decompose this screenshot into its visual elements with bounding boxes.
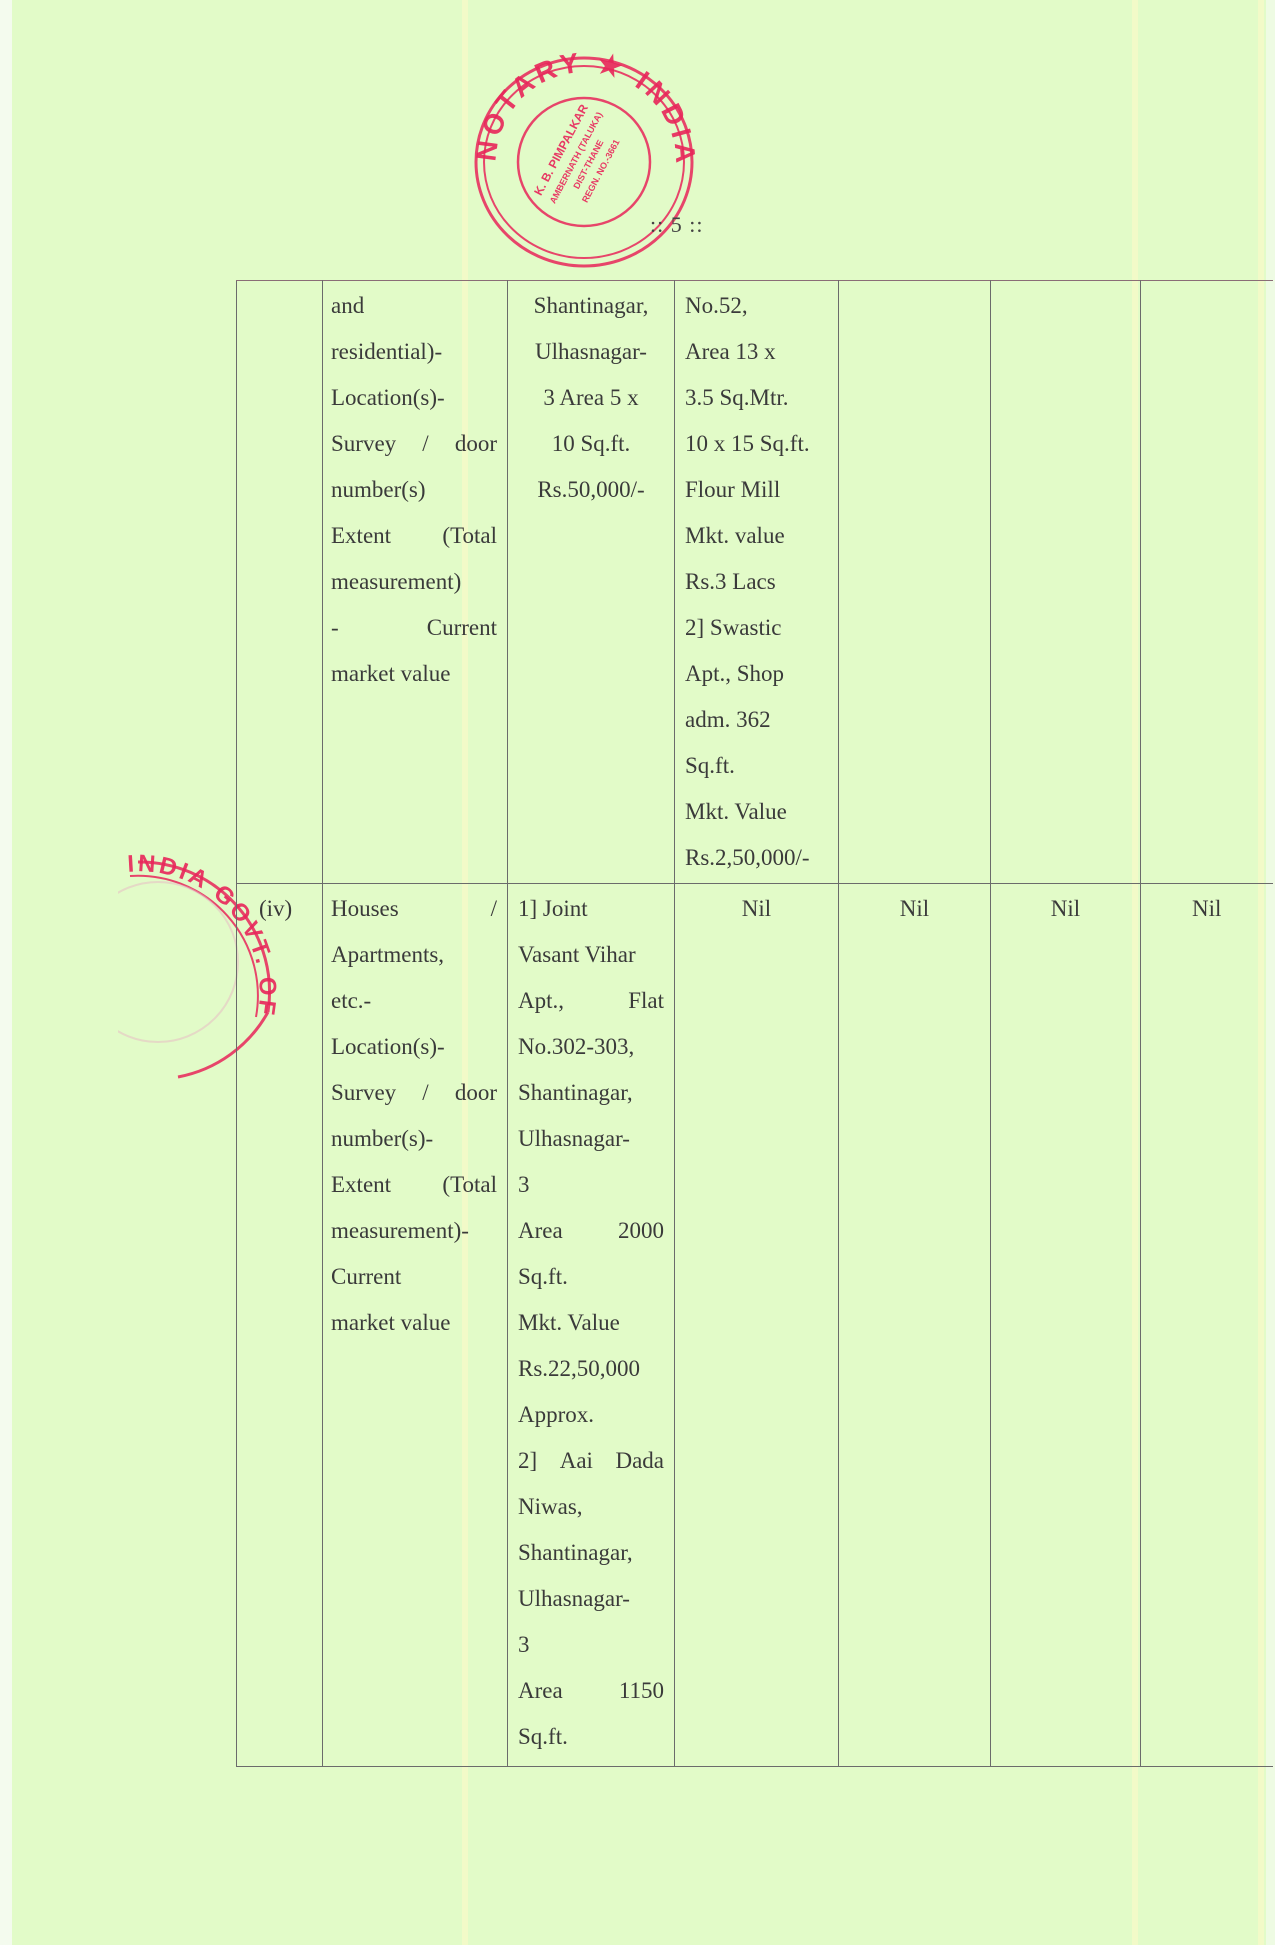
cell-line: and [331,283,497,329]
cell-line: Shantinagar, [518,1070,664,1116]
cell-line: -Current [331,605,497,651]
cell-line: Rs.50,000/- [518,467,664,513]
cell-line: 10 Sq.ft. [518,421,664,467]
empty-cell [1141,281,1273,884]
joint-property-cell: 1] JointVasant ViharApt.,FlatNo.302-303,… [508,884,675,1767]
cell-line: Ulhasnagar- [518,1576,664,1622]
cell-line: market value [331,651,497,697]
cell-line: Survey/door [331,421,497,467]
nil-cell: Nil [675,884,839,1767]
seal-outer-text: NOTARY ★ INDIA GOVT. OF [466,44,702,167]
cell-line: etc.- [331,978,497,1024]
seal-inner-line: DIST-THANE [571,138,605,190]
seal-inner-line: REGN. NO.-3661 [580,138,622,205]
nil-cell: Nil [839,884,991,1767]
cell-line: Ulhasnagar- [518,1116,664,1162]
seal-inner-line: K. B. PIMPALKAR [531,102,591,198]
nil-cell: Nil [991,884,1141,1767]
cell-line: adm. 362 [685,697,828,743]
property-details-cell: No.52,Area 13 x3.5 Sq.Mtr.10 x 15 Sq.ft.… [675,281,839,884]
cell-line: Extent(Total [331,1162,497,1208]
cell-line: No.302-303, [518,1024,664,1070]
cell-line: 2] Swastic [685,605,828,651]
cell-line: Survey/door [331,1070,497,1116]
cell-line: Shantinagar, [518,283,664,329]
cell-line: measurement) [331,559,497,605]
cell-line: measurement)- [331,1208,497,1254]
cell-line: 3.5 Sq.Mtr. [685,375,828,421]
seal-inner-line: AMBERNATH (TALUKA) [548,110,605,205]
cell-line: Ulhasnagar- [518,329,664,375]
cell-line: Rs.3 Lacs [685,559,828,605]
cell-line: Area2000 [518,1208,664,1254]
table-row: (iv) Houses/Apartments,etc.-Location(s)-… [237,884,1273,1767]
cell-line: 10 x 15 Sq.ft. [685,421,828,467]
cell-line: Apt., Shop [685,651,828,697]
cell-line: residential)- [331,329,497,375]
notary-seal-top: NOTARY ★ INDIA GOVT. OF K. B. PIMPALKAR … [466,44,706,274]
empty-cell [839,281,991,884]
serial-cell [237,281,323,884]
cell-line: Sq.ft. [685,743,828,789]
page-edge-left [0,0,12,1945]
cell-line: Location(s)- [331,375,497,421]
cell-line: Approx. [518,1392,664,1438]
cell-line: 2]AaiDada [518,1438,664,1484]
cell-line: Niwas, [518,1484,664,1530]
cell-line: Houses/ [331,886,497,932]
cell-line: Shantinagar, [518,1530,664,1576]
cell-line: Flour Mill [685,467,828,513]
serial-cell: (iv) [237,884,323,1767]
page-number: :: 5 :: [650,212,703,238]
empty-cell [991,281,1141,884]
description-cell: Houses/Apartments,etc.-Location(s)-Surve… [323,884,508,1767]
cell-line: Extent(Total [331,513,497,559]
cell-line: No.52, [685,283,828,329]
cell-line: Mkt. value [685,513,828,559]
assets-table: andresidential)-Location(s)-Survey/doorn… [236,280,1273,1767]
cell-line: number(s)- [331,1116,497,1162]
cell-line: Apt.,Flat [518,978,664,1024]
cell-line: Sq.ft. [518,1714,664,1760]
cell-line: market value [331,1300,497,1346]
cell-line: number(s) [331,467,497,513]
table-row: andresidential)-Location(s)-Survey/doorn… [237,281,1273,884]
cell-line: Apartments, [331,932,497,978]
cell-line: Sq.ft. [518,1254,664,1300]
joint-property-cell: Shantinagar,Ulhasnagar-3 Area 5 x10 Sq.f… [508,281,675,884]
cell-line: Vasant Vihar [518,932,664,978]
nil-cell: Nil [1141,884,1273,1767]
cell-line: 3 [518,1622,664,1668]
cell-line: Location(s)- [331,1024,497,1070]
cell-line: Area1150 [518,1668,664,1714]
cell-line: Current [331,1254,497,1300]
cell-line: Mkt. Value [685,789,828,835]
cell-line: 3 Area 5 x [518,375,664,421]
cell-line: Area 13 x [685,329,828,375]
cell-line: Mkt. Value [518,1300,664,1346]
cell-line: 1] Joint [518,886,664,932]
description-cell: andresidential)-Location(s)-Survey/doorn… [323,281,508,884]
cell-line: Rs.2,50,000/- [685,835,828,881]
cell-line: 3 [518,1162,664,1208]
cell-line: Rs.22,50,000 [518,1346,664,1392]
